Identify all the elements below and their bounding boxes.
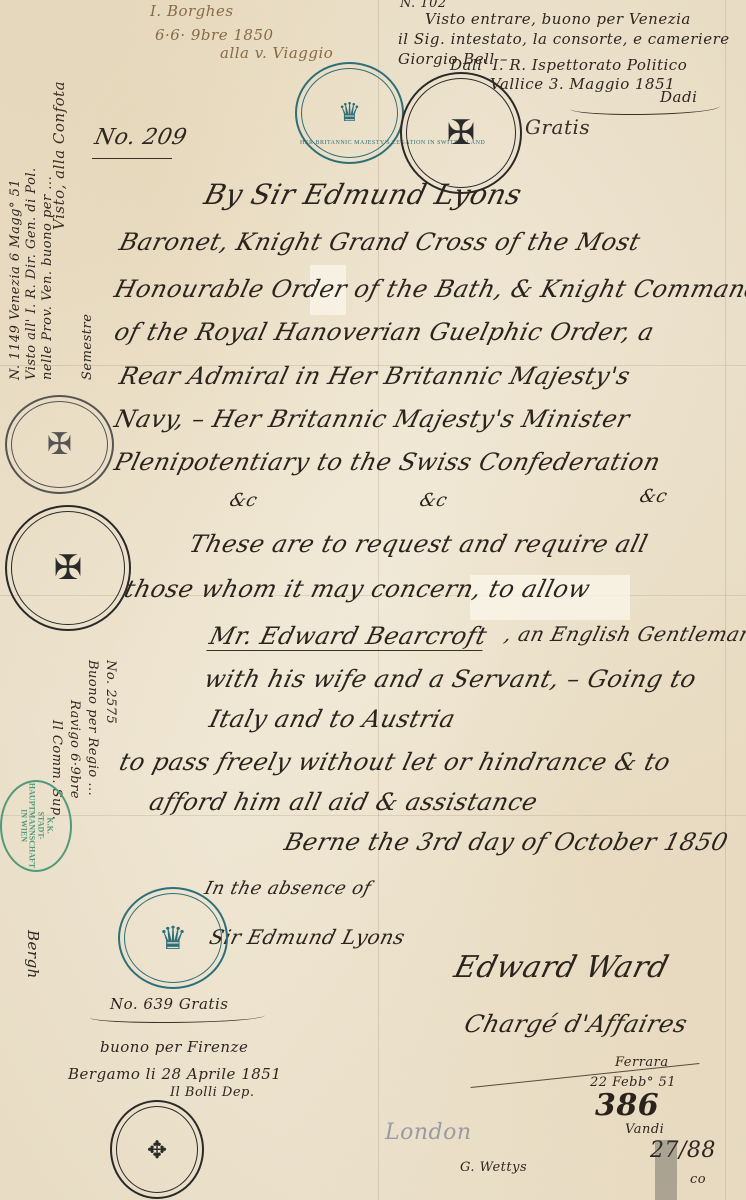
bottom-visa-line-3: Bergamo li 28 Aprile 1851	[68, 1065, 281, 1083]
signatory-signature: Edward Ward	[451, 950, 673, 985]
fold-line-vertical-right	[725, 0, 726, 1200]
place-and-date: Berne the 3rd day of October 1850	[282, 828, 732, 856]
request-line-2: those whom it may concern, to allow	[122, 575, 594, 603]
ditto-mark-3: &c	[637, 486, 669, 507]
margin-rovigo-line-2: Buono per Regio ...	[85, 660, 100, 796]
body-line-4: Rear Admiral in Her Britannic Majesty's	[117, 362, 634, 390]
royal-arms-stamp: ♛	[118, 887, 228, 989]
visa-gratis: Gratis	[525, 115, 590, 139]
margin-venezia-line-3: nelle Prov. Ven. buono per ...	[40, 176, 55, 380]
heading-by-sir-edmund-lyons: By Sir Edmund Lyons	[201, 178, 525, 211]
note-number-386: 386	[595, 1088, 659, 1123]
eagle-icon: ✠	[47, 430, 72, 460]
body-line-5: Navy, – Her Britannic Majesty's Minister	[112, 405, 633, 433]
bearer-name: Mr. Edward Bearcroft	[206, 622, 490, 651]
travel-line-3: to pass freely without let or hindrance …	[117, 748, 674, 776]
legation-stamp: ♛	[295, 62, 404, 164]
ispettorato-stamp: ✠	[400, 72, 522, 194]
margin-rovigo-line-1: No. 2575	[103, 660, 118, 724]
note-london-pencil: London	[385, 1120, 472, 1145]
body-line-3: of the Royal Hanoverian Guelphic Order, …	[112, 318, 658, 346]
travel-line-4: afford him all aid & assistance	[147, 788, 541, 816]
papal-keys-icon: ✥	[147, 1138, 167, 1162]
margin-rovigo-line-3: Ravigo 6·9bre	[67, 700, 82, 799]
ditto-mark-2: &c	[417, 490, 449, 511]
travel-line-2: Italy and to Austria	[207, 705, 459, 733]
eagle-icon: ✠	[54, 551, 83, 585]
royal-arms-icon: ♛	[338, 100, 361, 126]
absence-line-1: In the absence of	[202, 878, 373, 899]
eagle-icon: ✠	[447, 116, 476, 150]
visa-line-1: Visto entrare, buono per Venezia	[425, 10, 691, 28]
visa-line-2: il Sig. intestato, la consorte, e cameri…	[398, 30, 730, 48]
margin-venezia-line-1: N. 1149 Venezia 6 Magg° 51	[8, 179, 23, 380]
request-line-1: These are to request and require all	[187, 530, 651, 558]
margin-venezia-line-4: Semestre	[80, 314, 95, 380]
bearer-description: , an English Gentleman,	[502, 622, 746, 646]
body-line-1: Baronet, Knight Grand Cross of the Most	[117, 228, 644, 256]
rovigo-stamp: ✠	[5, 505, 131, 631]
note-signature-wettys: G. Wettys	[460, 1160, 527, 1175]
margin-bergh: Bergh	[24, 930, 42, 979]
lion-unicorn-crest-icon: ♛	[159, 922, 188, 954]
bottom-visa-line-4: Il Bolli Dep.	[170, 1085, 254, 1100]
vienna-stamp: K.K.STADT-HAUPTMANNSCHAFTIN WIEN	[0, 780, 72, 872]
reference-number: No. 209	[92, 125, 189, 150]
visa-line-5: Vallice 3. Maggio 1851	[490, 75, 675, 93]
note-borghes: I. Borghes	[150, 2, 234, 20]
note-co: co	[690, 1172, 706, 1187]
visa-line-4: Dall' I. R. Ispettorato Politico	[450, 56, 687, 74]
signatory-title: Chargé d'Affaires	[462, 1010, 691, 1038]
note-viaggio: alla v. Viaggio	[220, 44, 333, 62]
reference-underline	[92, 158, 172, 159]
note-date-1850: 6·6· 9bre 1850	[155, 26, 274, 44]
body-line-6: Plenipotentiary to the Swiss Confederati…	[112, 448, 664, 476]
ink-smudge	[655, 1140, 677, 1200]
travel-line-1: with his wife and a Servant, – Going to	[202, 665, 700, 693]
body-line-2: Honourable Order of the Bath, & Knight C…	[112, 275, 746, 303]
direzione-stamp: ✠	[5, 395, 114, 494]
margin-venezia-line-2: Visto all' I. R. Dir. Gen. di Pol.	[24, 167, 39, 380]
ditto-mark-1: &c	[227, 490, 259, 511]
absence-line-2: Sir Edmund Lyons	[207, 925, 408, 949]
apostolica-stamp: ✥	[110, 1100, 204, 1199]
bottom-visa-line-2: buono per Firenze	[100, 1038, 248, 1056]
note-vandi: Vandi	[625, 1122, 664, 1137]
